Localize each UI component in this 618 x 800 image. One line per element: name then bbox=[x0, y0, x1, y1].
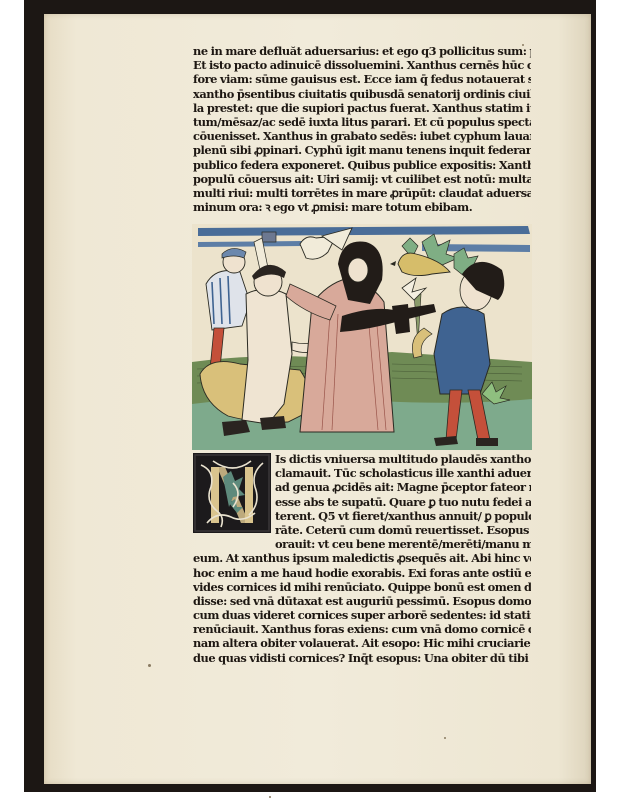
paper-speck bbox=[444, 737, 446, 739]
text-line: ad genua ꝓcidēs ait: Magne p̄ceptor fate… bbox=[193, 480, 531, 494]
text-line: minum ora: ꝛ ego vt ꝓmisi: mare totum eb… bbox=[193, 200, 531, 214]
text-line: fore viam: sūme gauisus est. Ecce iam q̄… bbox=[193, 72, 531, 86]
text-line: due quas vidisti cornices? Inq̄t esopus:… bbox=[193, 651, 531, 665]
text-line: xantho p̄sentibus ciuitatis quibusdā sen… bbox=[193, 87, 531, 101]
text-line: Is dictis vniuersa multitudo plaudēs xan… bbox=[193, 452, 531, 466]
text-line: orauit: vt ceu bene merentē/merēti/manu … bbox=[193, 537, 531, 551]
paper-speck bbox=[269, 796, 271, 798]
text-line: populū cōuersus ait: Uiri samij: vt cuil… bbox=[193, 172, 531, 186]
text-line: esse abs te supatū. Quare ꝑ tuo nutu fed… bbox=[193, 495, 531, 509]
paper-speck bbox=[148, 664, 151, 667]
text-line: disse: sed vnā dūtaxat est auguriū pessi… bbox=[193, 594, 531, 608]
text-line: cōuenisset. Xanthus in grabato sedēs: iu… bbox=[193, 129, 531, 143]
text-line: la prestet: que die supiori pactus fuera… bbox=[193, 101, 531, 115]
text-line: nam altera obiter volauerat. Ait esopo: … bbox=[193, 636, 531, 650]
woodcut-illustration bbox=[192, 224, 532, 450]
text-line: tum/mēsaz/ac sedē iuxta litus parari. Et… bbox=[193, 115, 531, 129]
text-line: multi riui: multi torrētes in mare ꝓrūpū… bbox=[193, 186, 531, 200]
text-line: eum. At xanthus ipsum maledictis ꝓsequēs… bbox=[193, 551, 531, 565]
text-line: ne in mare defluăt aduersarius: et ego q… bbox=[193, 44, 531, 58]
text-line: publico federa exponeret. Quibus publice… bbox=[193, 158, 531, 172]
text-line: rāte. Ceterū cum domū reuertisset. Esopu… bbox=[193, 523, 531, 537]
text-line: renūciauit. Xanthus foras exiens: cum vn… bbox=[193, 622, 531, 636]
text-line: hoc enim a me haud hodie exorabis. Exi f… bbox=[193, 566, 531, 580]
text-line: cum duas videret cornices super arborē s… bbox=[193, 608, 531, 622]
paragraph-1: ne in mare defluăt aduersarius: et ego q… bbox=[193, 44, 531, 214]
text-line: terent. Q5 vt fieret/xanthus annuit/ ꝑ p… bbox=[193, 509, 531, 523]
text-line: clamauit. Tūc scholasticus ille xanthi a… bbox=[193, 466, 531, 480]
text-line: vides cornices id mihi renūciato. Quippe… bbox=[193, 580, 531, 594]
text-line: Et isto pacto adinuicē dissoluemini. Xan… bbox=[193, 58, 531, 72]
paragraph-2: Is dictis vniuersa multitudo plaudēs xan… bbox=[193, 452, 531, 665]
text-line: plenū sibi ꝓpinari. Cyphū igit manu tene… bbox=[193, 143, 531, 157]
woodcut-scene-icon bbox=[192, 224, 532, 450]
